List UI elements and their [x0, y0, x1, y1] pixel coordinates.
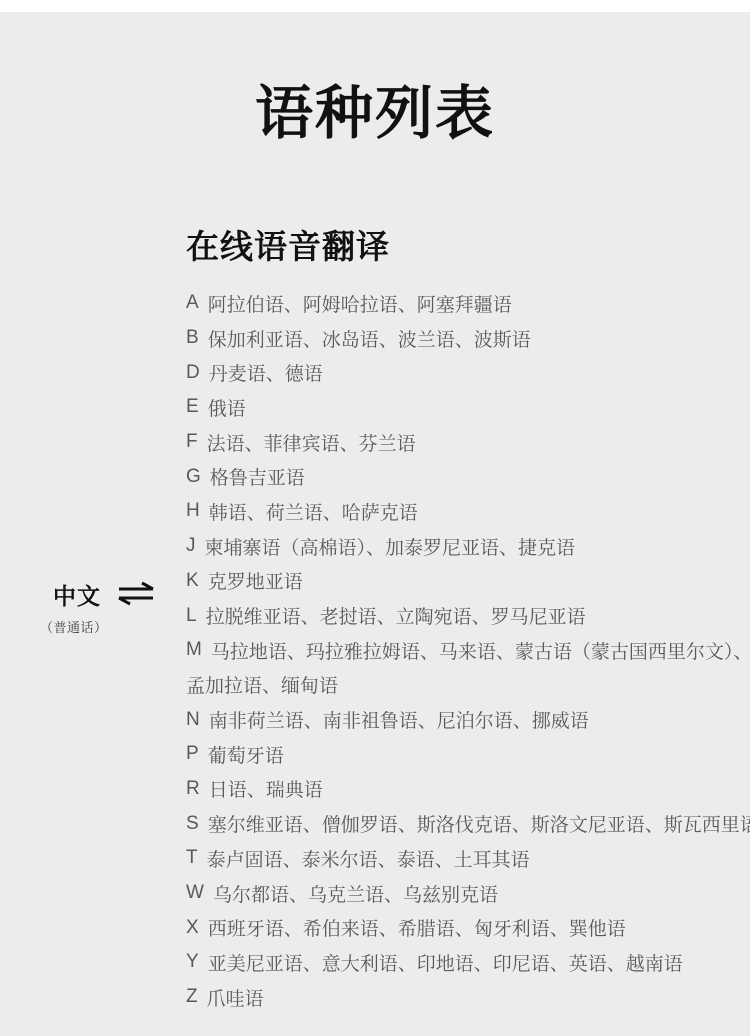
letter-index: N: [186, 709, 200, 731]
letter-index: M: [186, 639, 202, 661]
page-title: 语种列表: [0, 82, 750, 146]
languages-text: 拉脱维亚语、老挝语、立陶宛语、罗马尼亚语: [206, 602, 586, 629]
letter-index: T: [186, 847, 198, 869]
language-list-row: X西班牙语、希伯来语、希腊语、匈牙利语、巽他语: [186, 910, 734, 945]
language-list-row: F法语、菲律宾语、芬兰语: [186, 425, 734, 460]
language-list-row: K克罗地亚语: [186, 564, 734, 599]
languages-text: 泰卢固语、泰米尔语、泰语、土耳其语: [207, 845, 530, 872]
letter-index: P: [186, 743, 199, 765]
source-language-row: 中文: [40, 579, 180, 609]
language-list-row: W乌尔都语、乌克兰语、乌兹别克语: [186, 876, 734, 911]
language-list-row: Y亚美尼亚语、意大利语、印地语、印尼语、英语、越南语: [186, 945, 734, 980]
languages-text: 亚美尼亚语、意大利语、印地语、印尼语、英语、越南语: [208, 949, 683, 976]
language-list: A阿拉伯语、阿姆哈拉语、阿塞拜疆语B保加利亚语、冰岛语、波兰语、波斯语D丹麦语、…: [186, 286, 734, 1014]
letter-index: W: [186, 882, 204, 904]
language-list-row: G格鲁吉亚语: [186, 459, 734, 494]
language-list-row: J柬埔寨语（高棉语）、加泰罗尼亚语、捷克语: [186, 529, 734, 564]
languages-text: 乌尔都语、乌克兰语、乌兹别克语: [213, 880, 498, 907]
languages-text: 俄语: [208, 394, 246, 421]
letter-index: F: [186, 431, 198, 453]
source-language-label: 中文: [53, 578, 101, 611]
languages-text: 日语、瑞典语: [209, 775, 323, 802]
language-list-row: N南非荷兰语、南非祖鲁语、尼泊尔语、挪威语: [186, 702, 734, 737]
language-list-row: D丹麦语、德语: [186, 355, 734, 390]
letter-index: L: [186, 605, 197, 627]
language-list-row: T泰卢固语、泰米尔语、泰语、土耳其语: [186, 841, 734, 876]
languages-text: 格鲁吉亚语: [210, 463, 305, 490]
languages-text: 孟加拉语、缅甸语: [186, 671, 338, 698]
letter-index: E: [186, 396, 199, 418]
language-list-row: L拉脱维亚语、老挝语、立陶宛语、罗马尼亚语: [186, 598, 734, 633]
languages-text: 西班牙语、希伯来语、希腊语、匈牙利语、巽他语: [208, 914, 626, 941]
language-list-row: Z爪哇语: [186, 980, 734, 1015]
letter-index: G: [186, 466, 201, 488]
language-list-row: A阿拉伯语、阿姆哈拉语、阿塞拜疆语: [186, 286, 734, 321]
language-list-row: E俄语: [186, 390, 734, 425]
languages-text: 塞尔维亚语、僧伽罗语、斯洛伐克语、斯洛文尼亚语、斯瓦西里语: [208, 810, 750, 837]
letter-index: B: [186, 327, 199, 349]
language-list-row: M马拉地语、玛拉雅拉姆语、马来语、蒙古语（蒙古国西里尔文）、: [186, 633, 734, 668]
letter-index: A: [186, 292, 199, 314]
languages-text: 保加利亚语、冰岛语、波兰语、波斯语: [208, 325, 531, 352]
languages-text: 柬埔寨语（高棉语）、加泰罗尼亚语、捷克语: [205, 533, 576, 560]
languages-text: 韩语、荷兰语、哈萨克语: [209, 498, 418, 525]
languages-text: 马拉地语、玛拉雅拉姆语、马来语、蒙古语（蒙古国西里尔文）、: [211, 637, 750, 664]
letter-index: S: [186, 813, 199, 835]
language-list-row: H韩语、荷兰语、哈萨克语: [186, 494, 734, 529]
languages-text: 法语、菲律宾语、芬兰语: [207, 429, 416, 456]
languages-text: 阿拉伯语、阿姆哈拉语、阿塞拜疆语: [208, 290, 512, 317]
languages-text: 爪哇语: [207, 984, 264, 1011]
letter-index: Y: [186, 951, 199, 973]
letter-index: J: [186, 535, 196, 557]
letter-index: Z: [186, 986, 198, 1008]
language-list-row: 孟加拉语、缅甸语: [186, 668, 734, 703]
language-list-row: S塞尔维亚语、僧伽罗语、斯洛伐克语、斯洛文尼亚语、斯瓦西里语: [186, 806, 734, 841]
swap-arrows-icon: [116, 581, 156, 607]
page-background: 语种列表 在线语音翻译 中文 （普通话） A阿拉伯语、阿姆哈拉语、阿塞拜疆语B保…: [0, 0, 750, 1036]
top-strip: [0, 0, 750, 12]
languages-text: 克罗地亚语: [208, 567, 303, 594]
letter-index: H: [186, 500, 200, 522]
source-language-panel: 中文 （普通话）: [40, 579, 180, 636]
languages-text: 南非荷兰语、南非祖鲁语、尼泊尔语、挪威语: [209, 706, 589, 733]
language-list-row: P葡萄牙语: [186, 737, 734, 772]
letter-index: X: [186, 917, 199, 939]
letter-index: K: [186, 570, 199, 592]
letter-index: R: [186, 778, 200, 800]
language-list-row: B保加利亚语、冰岛语、波兰语、波斯语: [186, 321, 734, 356]
languages-text: 丹麦语、德语: [209, 359, 323, 386]
letter-index: D: [186, 362, 200, 384]
section-title: 在线语音翻译: [186, 226, 390, 269]
language-list-row: R日语、瑞典语: [186, 772, 734, 807]
languages-text: 葡萄牙语: [208, 741, 284, 768]
source-language-variant: （普通话）: [40, 617, 180, 636]
